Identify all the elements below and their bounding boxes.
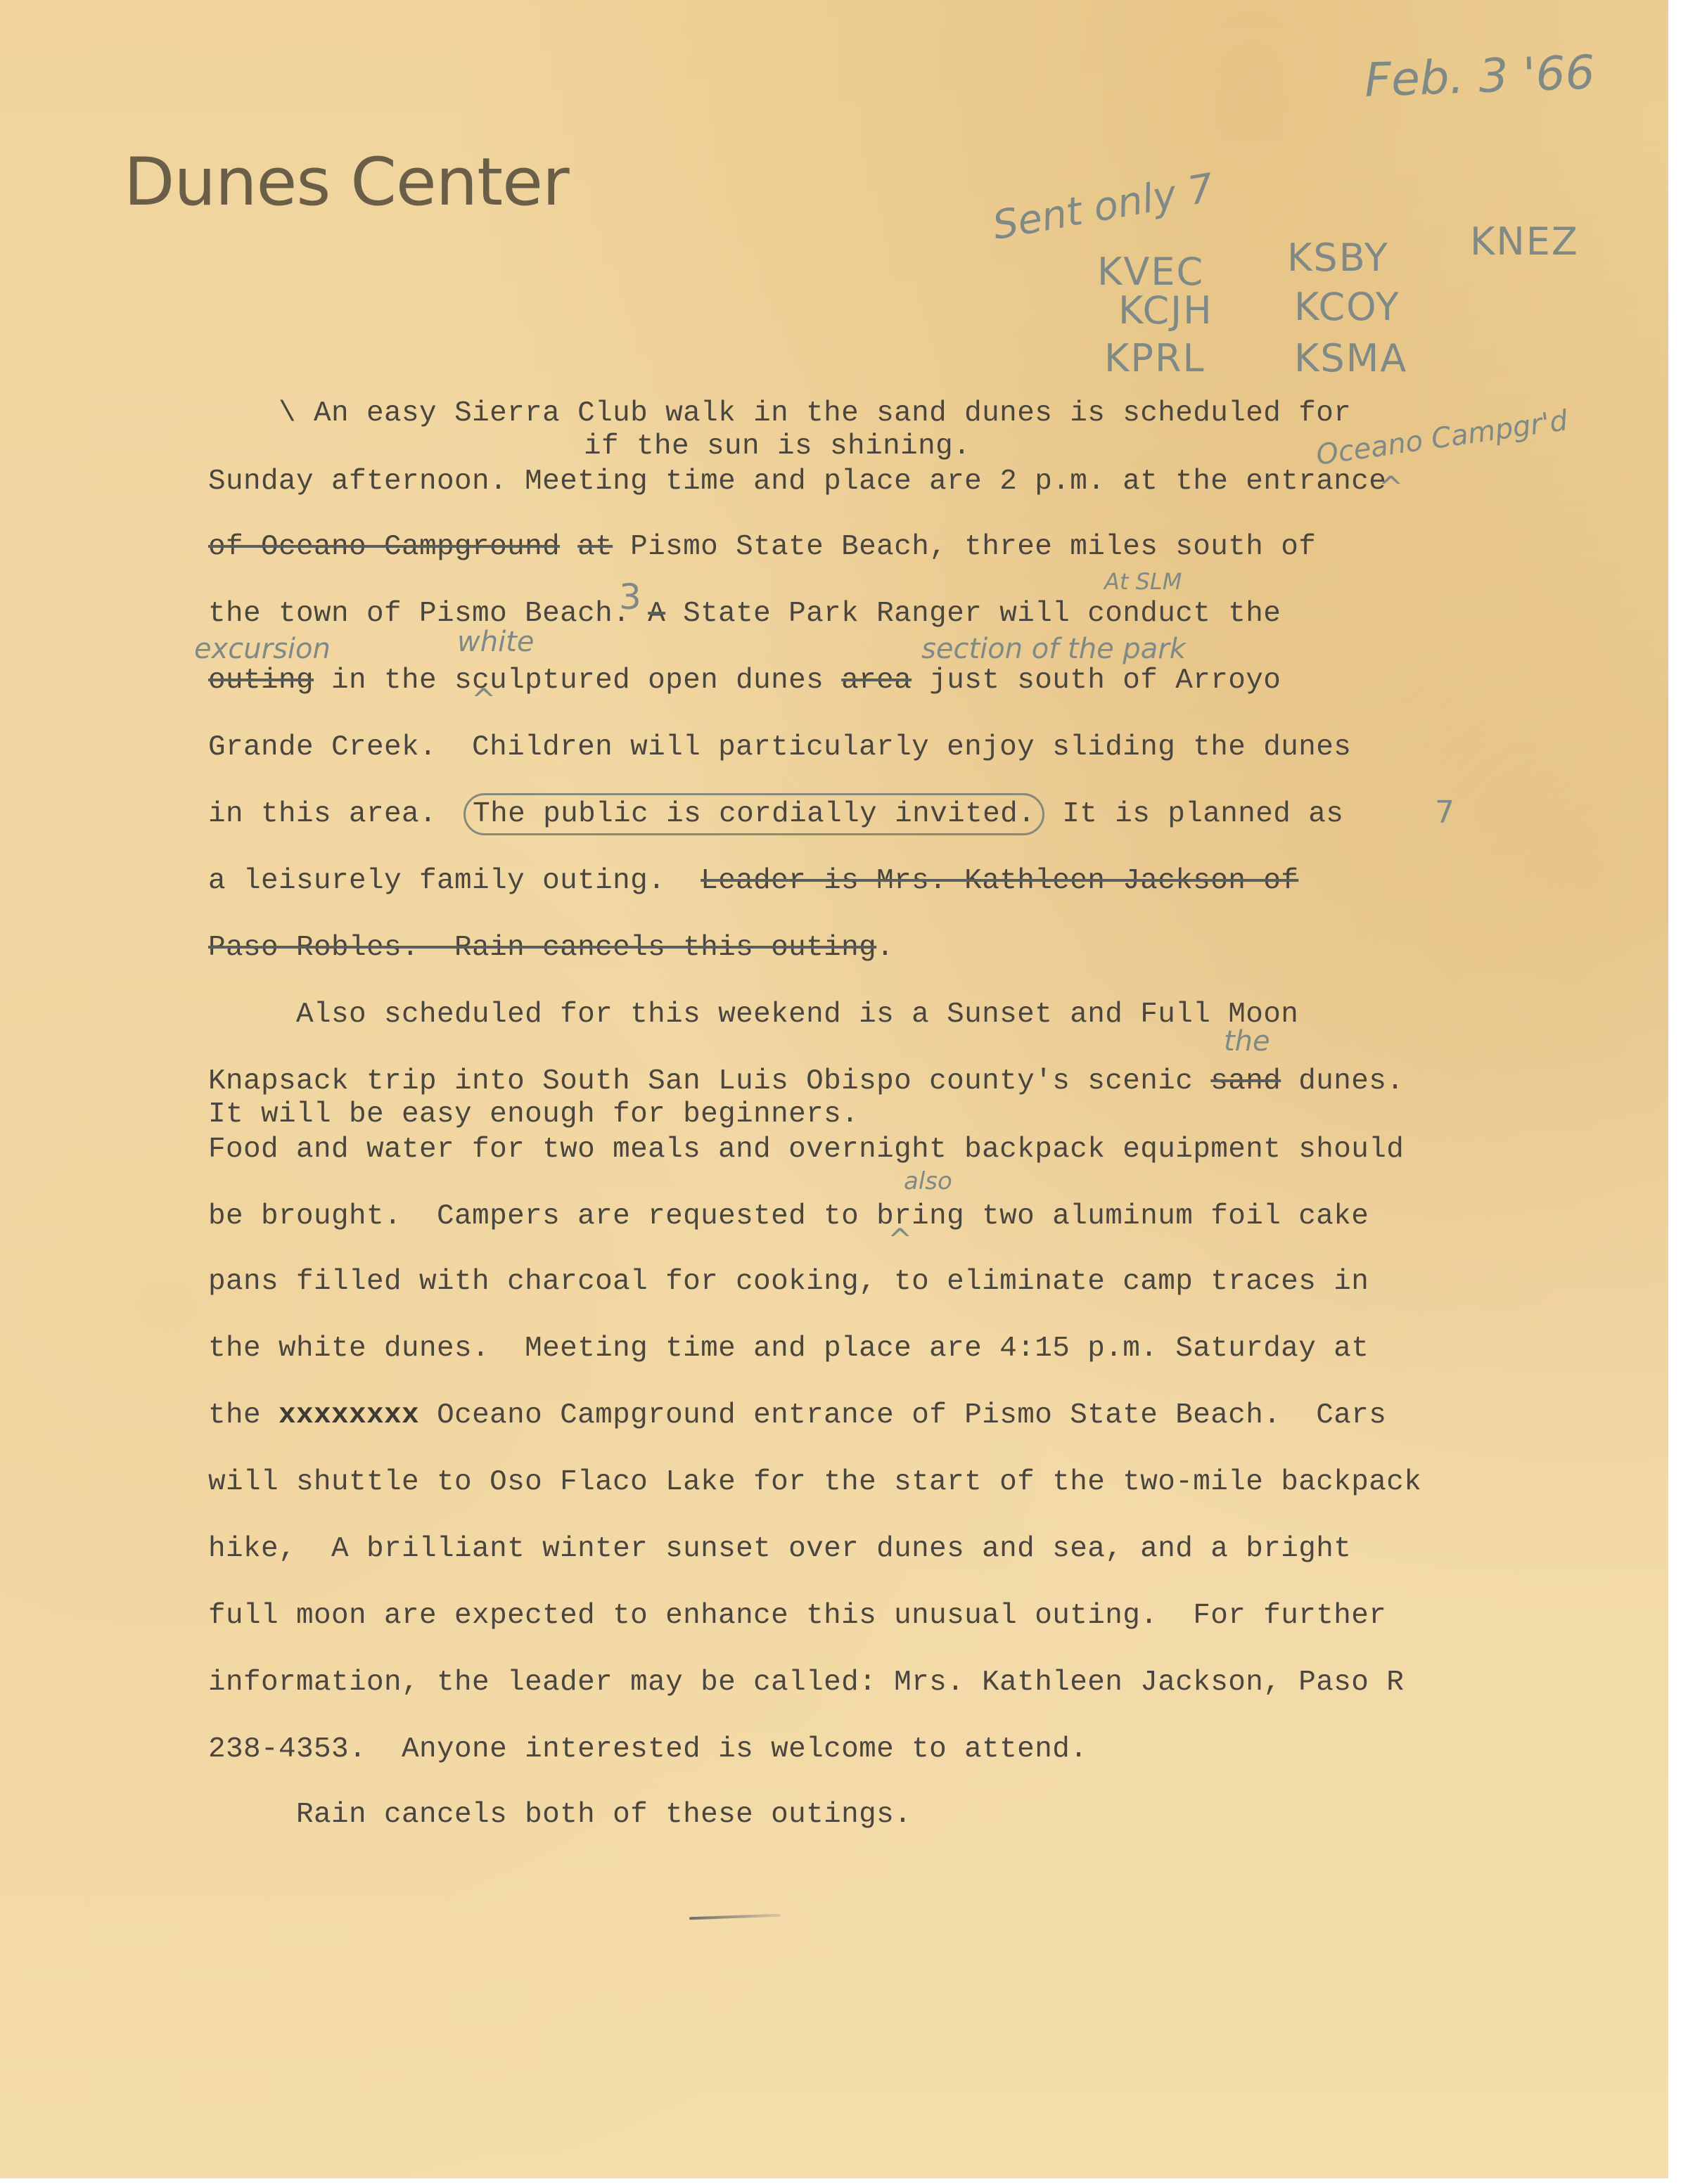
handwritten-insert-white: white [457, 626, 534, 658]
typed-line: full moon are expected to enhance this u… [208, 1600, 1386, 1632]
station-knez: KNEZ [1470, 219, 1579, 264]
handwritten-insert-excursion: excursion [194, 633, 331, 665]
typed-line: the xxxxxxxx Oceano Campground entrance … [208, 1399, 1386, 1432]
typed-line: be brought. Campers are requested to bri… [208, 1200, 1369, 1233]
typed-xout: xxxxxxxx [279, 1399, 419, 1432]
struck-text: of Oceano Campground [208, 531, 560, 563]
struck-text: A [648, 598, 665, 630]
station-kprl: KPRL [1104, 336, 1206, 380]
struck-text: Leader is Mrs. Kathleen Jackson of [701, 865, 1298, 897]
struck-text: Paso Robles. Rain cancels this outing [208, 932, 876, 964]
struck-text: sand [1210, 1065, 1281, 1098]
typed-line: a leisurely family outing. Leader is Mrs… [208, 865, 1298, 897]
typed-line: outing in the sculptured open dunes area… [208, 664, 1281, 697]
typed-line: Also scheduled for this weekend is a Sun… [208, 998, 1298, 1031]
station-ksma: KSMA [1294, 336, 1407, 380]
typed-line: Grande Creek. Children will particularly… [208, 731, 1351, 764]
struck-text: at [577, 531, 613, 563]
typed-line: the white dunes. Meeting time and place … [208, 1332, 1369, 1365]
handwritten-date: Feb. 3 '66 [1364, 45, 1596, 107]
struck-text: area [841, 664, 912, 697]
typed-line: Sunday afternoon. Meeting time and place… [208, 465, 1386, 498]
typed-line: \ An easy Sierra Club walk in the sand d… [279, 397, 1351, 430]
handwritten-insert-also: also [904, 1167, 952, 1195]
scan-margin [1668, 0, 1688, 2184]
page-title: Dunes Center [124, 144, 569, 221]
typed-line: hike, A brilliant winter sunset over dun… [208, 1533, 1351, 1565]
typed-line: It will be easy enough for beginners. [208, 1098, 859, 1131]
parenthesized-text: South San Luis Obispo county's [542, 1065, 1070, 1098]
typed-line: Rain cancels both of these outings. [208, 1799, 912, 1831]
typed-line: in this area. The public is cordially in… [208, 798, 1343, 830]
station-kcjh: KCJH [1118, 288, 1213, 333]
station-ksby: KSBY [1287, 236, 1389, 280]
handwritten-paragraph-mark: 7 [1435, 795, 1454, 830]
handwritten-insert-at-slm: At SLM [1104, 568, 1182, 595]
typed-line: Knapsack trip into South San Luis Obispo… [208, 1065, 1404, 1098]
typed-line: if the sun is shining. [584, 430, 971, 463]
station-kcoy: KCOY [1294, 285, 1400, 329]
typed-line: will shuttle to Oso Flaco Lake for the s… [208, 1466, 1421, 1498]
handwritten-insert-section: section of the park [921, 633, 1186, 665]
typed-line: 238-4353. Anyone interested is welcome t… [208, 1733, 1087, 1766]
typed-line: pans filled with charcoal for cooking, t… [208, 1266, 1369, 1298]
typed-line: of Oceano Campground at Pismo State Beac… [208, 531, 1316, 563]
station-kvec: KVEC [1097, 250, 1204, 294]
struck-text: outing [208, 664, 314, 697]
circled-text: The public is cordially invited. [463, 793, 1044, 835]
typed-line: the town of Pismo Beach. A State Park Ra… [208, 598, 1281, 630]
typed-line: Paso Robles. Rain cancels this outing. [208, 932, 894, 964]
typed-line: information, the leader may be called: M… [208, 1666, 1404, 1699]
typed-line: Food and water for two meals and overnig… [208, 1133, 1404, 1166]
